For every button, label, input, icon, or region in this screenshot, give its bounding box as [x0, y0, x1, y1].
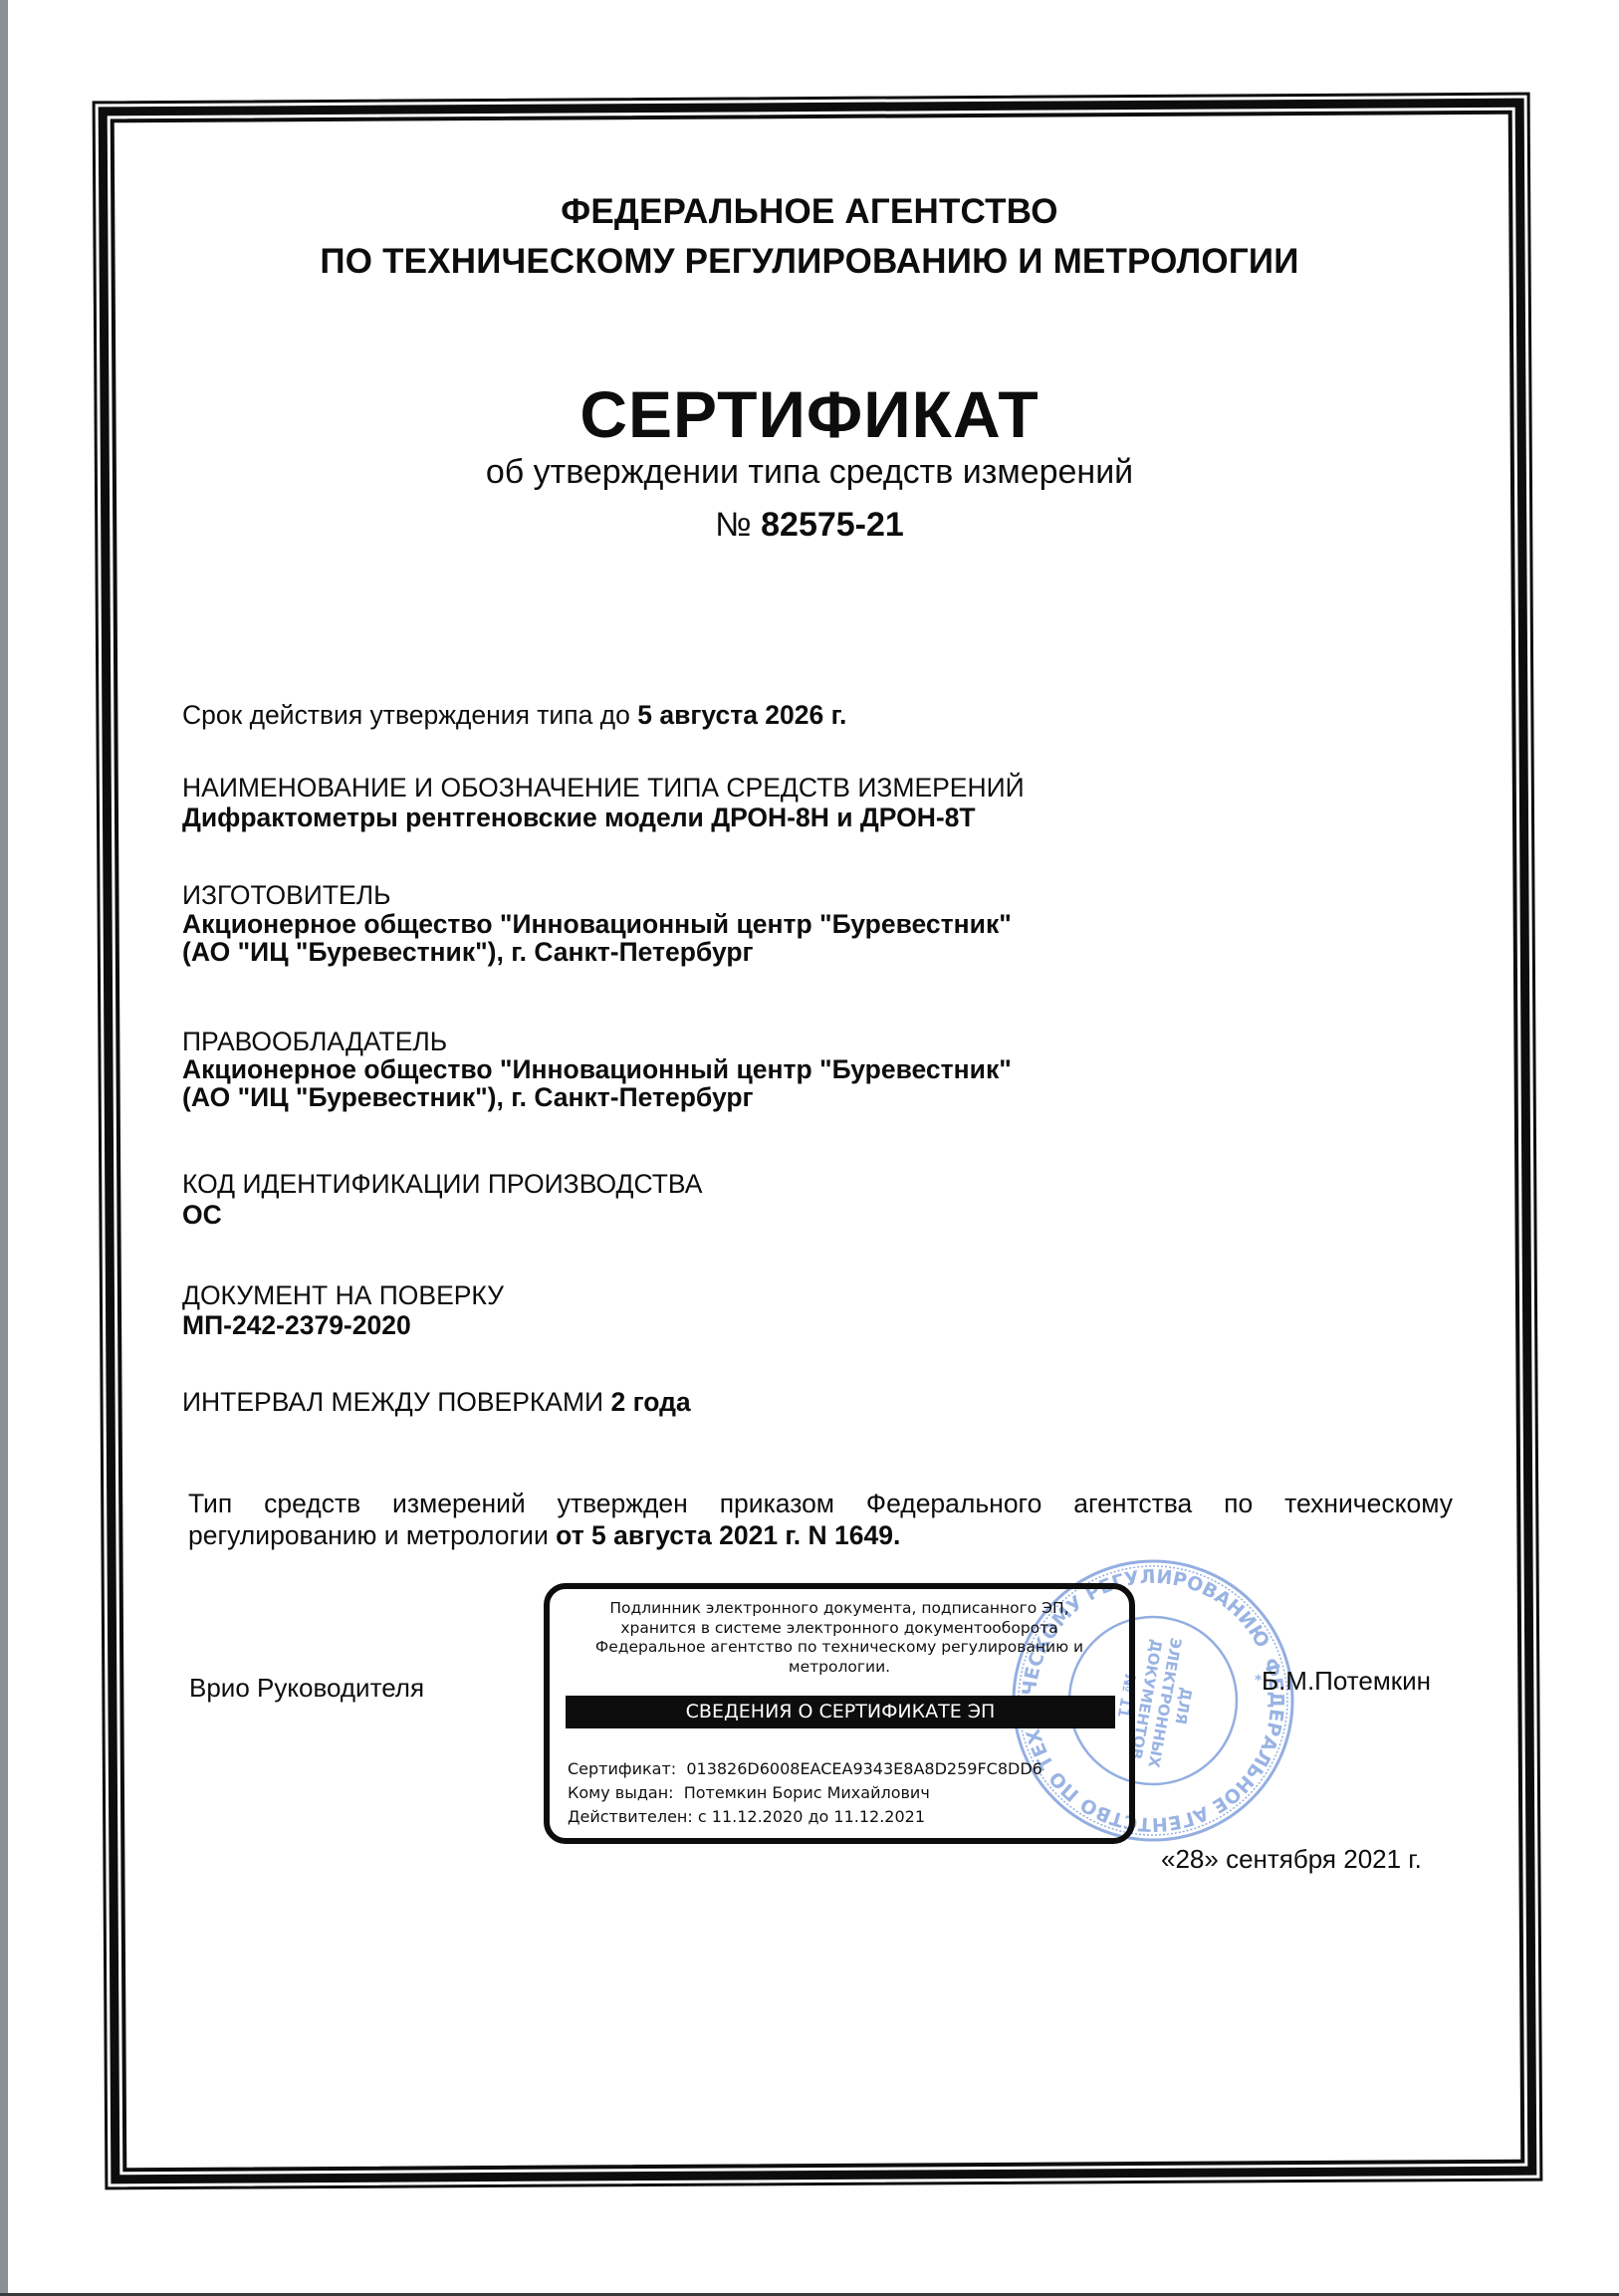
- ep-note-line4: метрологии.: [550, 1658, 1129, 1678]
- approval-order-paragraph: Тип средств измерений утвержден приказом…: [188, 1488, 1453, 1551]
- ep-certificate-details: Сертификат: 013826D6008EACEA9343E8A8D259…: [568, 1757, 1042, 1829]
- agency-name-line2: ПО ТЕХНИЧЕСКОМУ РЕГУЛИРОВАНИЮ И МЕТРОЛОГ…: [0, 242, 1619, 282]
- ep-certificate-label: Сертификат:: [568, 1757, 676, 1781]
- signatory-name: Б.М.Потемкин: [1262, 1666, 1431, 1697]
- signature-date: «28» сентября 2021 г.: [1161, 1844, 1422, 1875]
- ep-issued-to-label: Кому выдан:: [568, 1781, 674, 1805]
- section-value-type-name: Дифрактометры рентгеновские модели ДРОН-…: [182, 803, 976, 833]
- section-label-type-name: НАИМЕНОВАНИЕ И ОБОЗНАЧЕНИЕ ТИПА СРЕДСТВ …: [182, 773, 1025, 804]
- number-sign: №: [715, 506, 751, 544]
- section-value-rightholder-line2: (АО "ИЦ "Буревестник"), г. Санкт-Петербу…: [182, 1082, 754, 1113]
- certificate-number-value: 82575-21: [761, 506, 904, 544]
- ep-certificate-value: 013826D6008EACEA9343E8A8D259FC8DD6: [686, 1759, 1041, 1778]
- section-label-verification-doc: ДОКУМЕНТ НА ПОВЕРКУ: [182, 1280, 504, 1311]
- validity-label: Срок действия утверждения типа до: [182, 700, 630, 730]
- ep-certificate-row: Сертификат: 013826D6008EACEA9343E8A8D259…: [568, 1757, 1042, 1781]
- section-value-manufacturer-line2: (АО "ИЦ "Буревестник"), г. Санкт-Петербу…: [182, 937, 754, 968]
- interval-line: ИНТЕРВАЛ МЕЖДУ ПОВЕРКАМИ 2 года: [182, 1387, 691, 1418]
- certificate-number: № 82575-21: [0, 506, 1619, 545]
- agency-name-line1: ФЕДЕРАЛЬНОЕ АГЕНТСТВО: [0, 192, 1619, 232]
- validity-date: 5 августа 2026 г.: [637, 700, 846, 730]
- section-label-manufacturer: ИЗГОТОВИТЕЛЬ: [182, 880, 391, 911]
- ep-valid-value: с 11.12.2020 до 11.12.2021: [698, 1807, 925, 1826]
- interval-value: 2 года: [610, 1387, 690, 1417]
- ep-issued-to-value: Потемкин Борис Михайлович: [684, 1783, 930, 1802]
- scan-edge-left: [0, 0, 8, 2296]
- signatory-role: Врио Руководителя: [189, 1673, 424, 1704]
- validity-line: Срок действия утверждения типа до 5 авгу…: [182, 700, 846, 731]
- certificate-subtitle: об утверждении типа средств измерений: [0, 453, 1619, 492]
- section-value-verification-doc: МП-242-2379-2020: [182, 1310, 411, 1341]
- electronic-signature-box: Подлинник электронного документа, подпис…: [544, 1583, 1135, 1844]
- section-value-rightholder-line1: Акционерное общество "Инновационный цент…: [182, 1054, 1012, 1085]
- certificate-title: СЕРТИФИКАТ: [0, 376, 1619, 452]
- ep-note-line1: Подлинник электронного документа, подпис…: [550, 1599, 1129, 1619]
- ep-valid-label: Действителен:: [568, 1805, 693, 1829]
- section-value-manufacturer-line1: Акционерное общество "Инновационный цент…: [182, 909, 1012, 940]
- approval-order-date-number: от 5 августа 2021 г. N 1649.: [556, 1520, 900, 1550]
- section-value-production-code: ОС: [182, 1200, 222, 1231]
- section-label-production-code: КОД ИДЕНТИФИКАЦИИ ПРОИЗВОДСТВА: [182, 1169, 702, 1200]
- ep-issued-to-row: Кому выдан: Потемкин Борис Михайлович: [568, 1781, 1042, 1805]
- ep-valid-row: Действителен: с 11.12.2020 до 11.12.2021: [568, 1805, 1042, 1829]
- interval-label: ИНТЕРВАЛ МЕЖДУ ПОВЕРКАМИ: [182, 1387, 603, 1417]
- ep-note: Подлинник электронного документа, подпис…: [550, 1599, 1129, 1677]
- ep-certificate-info-heading: СВЕДЕНИЯ О СЕРТИФИКАТЕ ЭП: [566, 1696, 1115, 1728]
- ep-note-line3: Федеральное агентство по техническому ре…: [550, 1638, 1129, 1658]
- section-label-rightholder: ПРАВООБЛАДАТЕЛЬ: [182, 1027, 447, 1057]
- ep-note-line2: хранится в системе электронного документ…: [550, 1619, 1129, 1639]
